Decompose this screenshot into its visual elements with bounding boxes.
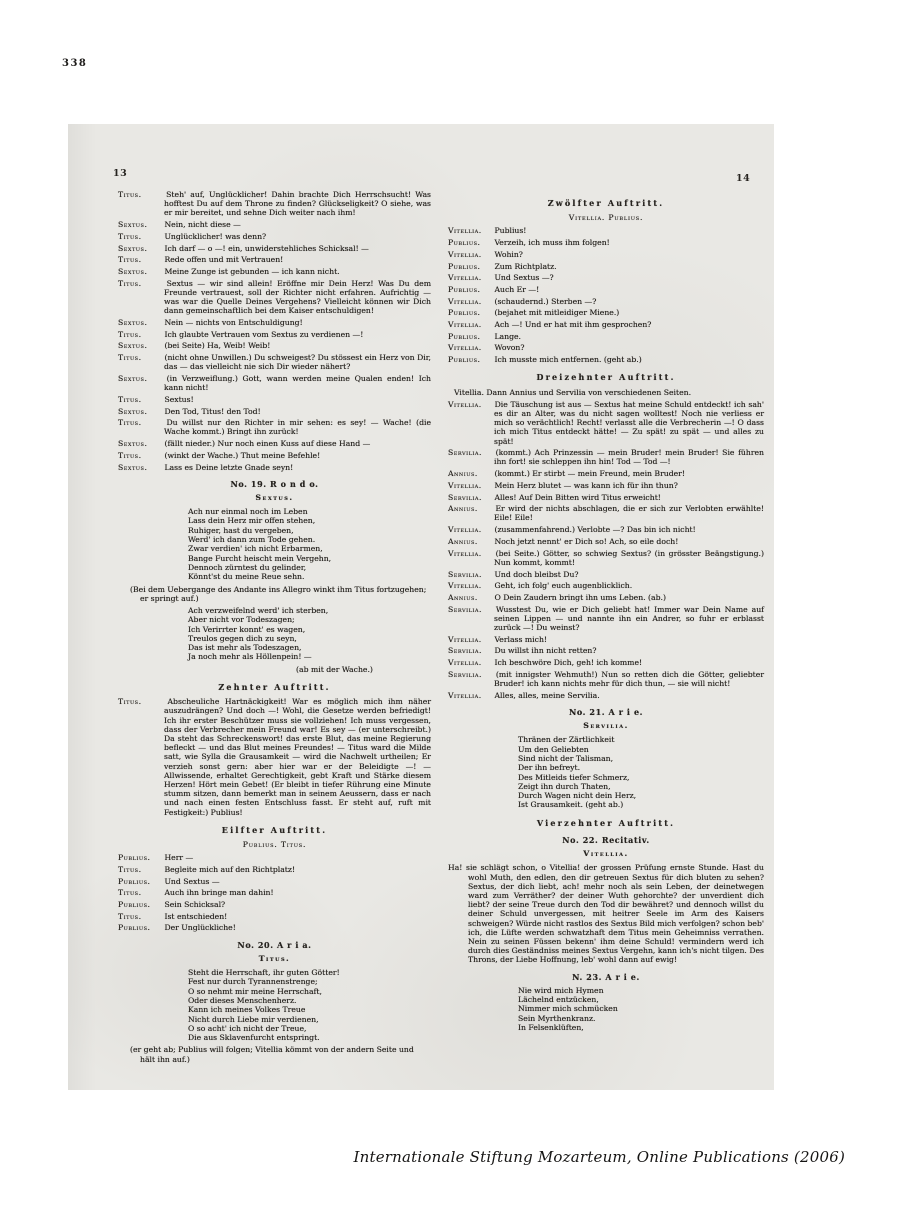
speaker-name: Sextus. [118,439,162,448]
dialog-entry: Titus. Rede offen und mit Vertrauen! [118,255,431,264]
dialog-entry: Sextus. Lass es Deine letzte Gnade seyn! [118,463,431,472]
verse-line: Bange Furcht heischt mein Vergehn, [188,554,431,563]
dialog-entry: Publius. Ich musste mich entfernen. (geh… [448,355,764,364]
dialog-entry: Publius. Verzeih, ich muss ihm folgen! [448,238,764,247]
verse-line: Sein Myrthenkranz. [518,1014,764,1023]
speaker-name: Titus. [118,255,162,264]
verse-line: Kann ich meines Volkes Treue [188,1005,431,1014]
corner-page-number: 338 [62,58,87,69]
speaker-name: Vitellia. [448,581,492,590]
aria-singer-name: Servilia. [448,721,764,730]
dialog-entry: Annius. Er wird der nichts abschlagen, d… [448,504,764,522]
music-number-heading: N. 23. A r i e. [448,973,764,982]
dialog-entry: Vitellia. (schaudernd.) Sterben —? [448,297,764,306]
speaker-name: Titus. [118,353,162,362]
dialog-entry: Titus. (nicht ohne Unwillen.) Du schweig… [118,353,431,371]
speaker-name: Sextus. [118,463,162,472]
dialog-entry: Vitellia. Alles, alles, meine Servilia. [448,691,764,700]
verse-line: Ruhiger, hast du vergeben, [188,526,431,535]
verse-line: Lächelnd entzücken, [518,995,764,1004]
scene-heading: Zehnter Auftritt. [118,683,431,692]
dialog-entry: Servilia. Und doch bleibst Du? [448,570,764,579]
dialog-entry: Vitellia. Wohin? [448,250,764,259]
verse-line: Der ihn befreyt. [518,763,764,772]
dialog-entry: Servilia. (mit innigster Wehmuth!) Nun s… [448,670,764,688]
dialog-entry: Titus. Begleite mich auf den Richtplatz! [118,865,431,874]
verse-line: Um den Geliebten [518,745,764,754]
verse-line: Nicht durch Liebe mir verdienen, [188,1015,431,1024]
dialog-entry: Titus. Du willst nur den Richter in mir … [118,418,431,436]
dialog-entry: Vitellia. Die Täuschung ist aus — Sextus… [448,400,764,446]
verse-line: Zwar verdien' ich nicht Erbarmen, [188,544,431,553]
dialog-entry: Titus. Auch ihn bringe man dahin! [118,888,431,897]
speaker-name: Annius. [448,593,492,602]
speaker-name: Titus. [118,697,162,706]
dialog-entry: Annius. O Dein Zaudern bringt ihn ums Le… [448,593,764,602]
speaker-name: Titus. [118,279,162,288]
recitative-text: Ha! sie schlägt schon, o Vitellia! der g… [448,863,764,964]
speaker-name: Servilia. [448,448,492,457]
verse-line: Steht die Herrschaft, ihr guten Götter! [188,968,431,977]
stage-direction: (er geht ab; Publius will folgen; Vitell… [130,1045,431,1063]
speaker-name: Titus. [118,190,162,199]
dialog-entry: Publius. Sein Schicksal? [118,900,431,909]
verse-line: Werd' ich dann zum Tode gehen. [188,535,431,544]
speaker-name: Vitellia. [448,691,492,700]
speaker-name: Titus. [118,912,162,921]
speaker-name: Sextus. [118,341,162,350]
verse-stanza: Ach verzweifelnd werd' ich sterben,Aber … [188,606,431,662]
speaker-name: Sextus. [118,407,162,416]
dialog-entry: Sextus. Meine Zunge ist gebunden — ich k… [118,267,431,276]
dialog-entry: Publius. Lange. [448,332,764,341]
speaker-name: Publius. [448,308,492,317]
verse-line: Ja noch mehr als Höllenpein! — [188,652,431,661]
speaker-name: Publius. [118,900,162,909]
dialog-entry: Sextus. Nein, nicht diese — [118,220,431,229]
scan-page-number-right: 14 [736,173,750,184]
speaker-name: Vitellia. [448,343,492,352]
speaker-name: Vitellia. [448,226,492,235]
dialog-entry: Vitellia. Verlass mich! [448,635,764,644]
dialog-entry: Titus. Ich glaubte Vertrauen vom Sextus … [118,330,431,339]
speaker-name: Sextus. [118,318,162,327]
verse-line: Ich Verirrter konnt' es wagen, [188,625,431,634]
dialog-entry: Titus. (winkt der Wache.) Thut meine Bef… [118,451,431,460]
speaker-name: Publius. [448,238,492,247]
dialog-entry: Servilia. (kommt.) Ach Prinzessin — mein… [448,448,764,466]
dialog-entry: Publius. Auch Er —! [448,285,764,294]
speaker-name: Servilia. [448,570,492,579]
verse-line: Ist Grausamkeit. (geht ab.) [518,800,764,809]
verse-line: Dennoch zürntest du gelinder, [188,563,431,572]
right-text-column: Zwölfter Auftritt.Vitellia. Publius.Vite… [448,190,764,1035]
dialog-entry: Annius. Noch jetzt nennt' er Dich so! Ac… [448,537,764,546]
speaker-name: Publius. [118,853,162,862]
dialog-entry: Vitellia. Ich beschwöre Dich, geh! ich k… [448,658,764,667]
scene-heading: Vierzehnter Auftritt. [448,819,764,828]
verse-line: Aber nicht vor Todeszagen; [188,615,431,624]
dialog-entry: Titus. Abscheuliche Hartnäckigkeit! War … [118,697,431,817]
dialog-entry: Vitellia. Ach —! Und er hat mit ihm gesp… [448,320,764,329]
verse-stanza: Steht die Herrschaft, ihr guten Götter!F… [188,968,431,1042]
dialog-entry: Vitellia. (bei Seite.) Götter, so schwie… [448,549,764,567]
speaker-name: Sextus. [118,267,162,276]
verse-line: Thränen der Zärtlichkeit [518,735,764,744]
verse-stanza: Nie wird mich HymenLächelnd entzücken,Ni… [518,986,764,1032]
dialog-entry: Annius. (kommt.) Er stirbt — mein Freund… [448,469,764,478]
verse-line: Treulos gegen dich zu seyn, [188,634,431,643]
verse-line: Nie wird mich Hymen [518,986,764,995]
stage-direction: (Bei dem Uebergange des Andante ins Alle… [130,585,431,603]
dialog-entry: Vitellia. Publius! [448,226,764,235]
speaker-name: Publius. [448,285,492,294]
speaker-name: Titus. [118,330,162,339]
verse-line: Lass dein Herz mir offen stehen, [188,516,431,525]
speaker-name: Titus. [118,451,162,460]
verse-line: Sind nicht der Talisman, [518,754,764,763]
dialog-entry: Titus. Sextus! [118,395,431,404]
speaker-name: Vitellia. [448,273,492,282]
dialog-entry: Sextus. Ich darf — o —! ein, unwidersteh… [118,244,431,253]
aria-singer-name: Titus. [118,954,431,963]
verse-line: Oder dieses Menschenherz. [188,996,431,1005]
music-number-heading: No. 21. A r i e. [448,708,764,717]
speaker-name: Publius. [118,923,162,932]
verse-line: Ach verzweifelnd werd' ich sterben, [188,606,431,615]
dialog-entry: Sextus. Den Tod, Titus! den Tod! [118,407,431,416]
scene-cast-line: Vitellia. Dann Annius und Servilia von v… [454,388,764,397]
dialog-entry: Sextus. Nein — nichts von Entschuldigung… [118,318,431,327]
verse-stanza: Thränen der ZärtlichkeitUm den Geliebten… [518,735,764,809]
speaker-name: Servilia. [448,646,492,655]
dialog-entry: Sextus. (fällt nieder.) Nur noch einen K… [118,439,431,448]
speaker-name: Publius. [448,332,492,341]
dialog-entry: Titus. Ist entschieden! [118,912,431,921]
music-number-heading: No. 20. A r i a. [118,941,431,950]
music-number-heading: No. 22. Recitativ. [448,836,764,845]
speaker-name: Vitellia. [448,549,492,558]
scanned-page: 13 14 Titus. Steh' auf, Unglücklicher! D… [68,124,774,1090]
verse-stanza: Ach nur einmal noch im LebenLass dein He… [188,507,431,581]
dialog-entry: Titus. Steh' auf, Unglücklicher! Dahin b… [118,190,431,218]
speaker-name: Sextus. [118,220,162,229]
scene-heading: Eilfter Auftritt. [118,826,431,835]
speaker-name: Vitellia. [448,658,492,667]
verse-line: Des Mitleids tiefer Schmerz, [518,773,764,782]
verse-line: O so nehmt mir meine Herrschaft, [188,987,431,996]
verse-line: O so acht' ich nicht der Treue, [188,1024,431,1033]
verse-line: Die aus Sklavenfurcht entspringt. [188,1033,431,1042]
speaker-name: Vitellia. [448,320,492,329]
scene-heading: Dreizehnter Auftritt. [448,373,764,382]
speaker-name: Servilia. [448,605,492,614]
speaker-name: Publius. [448,355,492,364]
dialog-entry: Publius. Der Unglückliche! [118,923,431,932]
speaker-name: Publius. [118,877,162,886]
speaker-name: Vitellia. [448,250,492,259]
verse-line: Fest nur durch Tyrannenstrenge; [188,977,431,986]
verse-line: Zeigt ihn durch Thaten, [518,782,764,791]
aria-singer-name: Vitellia. [448,849,764,858]
dialog-entry: Servilia. Wusstest Du, wie er Dich gelie… [448,605,764,633]
scene-cast: Publius. Titus. [118,840,431,849]
left-text-column: Titus. Steh' auf, Unglücklicher! Dahin b… [118,190,431,1067]
speaker-name: Servilia. [448,670,492,679]
speaker-name: Titus. [118,865,162,874]
speaker-name: Servilia. [448,493,492,502]
speaker-name: Titus. [118,418,162,427]
stage-direction-exit: (ab mit der Wache.) [296,665,431,674]
dialog-entry: Publius. Herr — [118,853,431,862]
dialog-entry: Vitellia. Wovon? [448,343,764,352]
aria-singer-name: Sextus. [118,493,431,502]
dialog-entry: Vitellia. (zusammenfahrend.) Verlobte —?… [448,525,764,534]
dialog-entry: Titus. Unglücklicher! was denn? [118,232,431,241]
dialog-entry: Vitellia. Und Sextus —? [448,273,764,282]
scene-heading: Zwölfter Auftritt. [448,199,764,208]
speaker-name: Sextus. [118,244,162,253]
verse-line: Durch Wagen nicht dein Herz, [518,791,764,800]
scene-cast: Vitellia. Publius. [448,213,764,222]
dialog-entry: Sextus. (bei Seite) Ha, Weib! Weib! [118,341,431,350]
speaker-name: Titus. [118,888,162,897]
dialog-entry: Vitellia. Geht, ich folg' euch augenblic… [448,581,764,590]
dialog-entry: Publius. Und Sextus — [118,877,431,886]
speaker-name: Vitellia. [448,481,492,490]
speaker-name: Annius. [448,504,492,513]
verse-line: Nimmer mich schmücken [518,1004,764,1013]
speaker-name: Annius. [448,537,492,546]
speaker-name: Publius. [448,262,492,271]
dialog-entry: Titus. Sextus — wir sind allein! Eröffne… [118,279,431,316]
verse-line: Das ist mehr als Todeszagen, [188,643,431,652]
dialog-entry: Servilia. Du willst ihn nicht retten? [448,646,764,655]
speaker-name: Vitellia. [448,635,492,644]
speaker-name: Vitellia. [448,400,492,409]
speaker-name: Sextus. [118,374,162,383]
dialog-entry: Vitellia. Mein Herz blutet — was kann ic… [448,481,764,490]
speaker-name: Titus. [118,232,162,241]
speaker-name: Vitellia. [448,297,492,306]
verse-line: In Felsenklüften, [518,1023,764,1032]
speaker-name: Vitellia. [448,525,492,534]
footer-credit: Internationale Stiftung Mozarteum, Onlin… [354,1148,845,1166]
scan-page-number-left: 13 [113,168,127,179]
speaker-name: Annius. [448,469,492,478]
dialog-entry: Publius. (bejahet mit mitleidiger Miene.… [448,308,764,317]
dialog-entry: Sextus. (in Verzweiflung.) Gott, wann we… [118,374,431,392]
music-number-heading: No. 19. R o n d o. [118,480,431,489]
verse-line: Ach nur einmal noch im Leben [188,507,431,516]
speaker-name: Titus. [118,395,162,404]
verse-line: Könnt'st du meine Reue sehn. [188,572,431,581]
dialog-entry: Publius. Zum Richtplatz. [448,262,764,271]
dialog-entry: Servilia. Alles! Auf Dein Bitten wird Ti… [448,493,764,502]
